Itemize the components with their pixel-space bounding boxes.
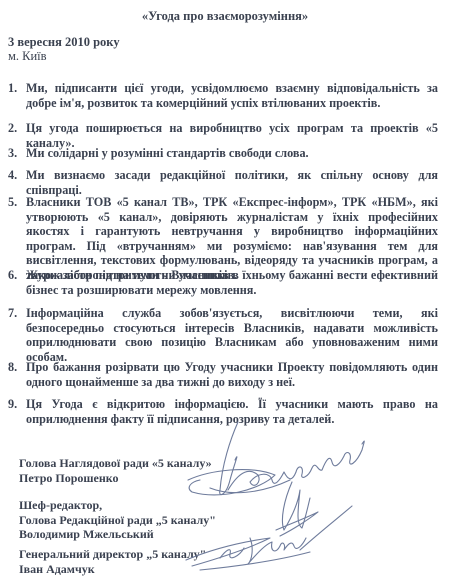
agreement-item-6: 6. Журналісти підтримують Власників в їх… xyxy=(8,268,438,297)
item-number: 4. xyxy=(8,168,26,183)
item-text: Ми солідарні у розумінні стандартів своб… xyxy=(26,146,438,161)
item-text: Ми визнаємо засади редакційної політики,… xyxy=(26,168,438,197)
agreement-item-8: 8. Про бажання розірвати цю Угоду учасни… xyxy=(8,360,438,389)
signatory-role: Голова Редакційної ради „5 каналу" xyxy=(19,513,216,528)
item-number: 2. xyxy=(8,121,26,136)
item-text: Ми, підписанти цієї угоди, усвідомлюємо … xyxy=(26,81,438,110)
document-city: м. Київ xyxy=(8,49,47,63)
signatory-name: Петро Порошенко xyxy=(19,471,212,486)
signatory-role: Шеф-редактор, xyxy=(19,498,216,513)
item-text: Ця Угода є відкритою інформацією. Її уча… xyxy=(26,397,438,426)
handwritten-signatures-icon xyxy=(180,420,450,577)
item-text: Журналісти підтримують Власників в їхньо… xyxy=(26,268,438,297)
item-number: 5. xyxy=(8,195,26,210)
signatory-chief-editor: Шеф-редактор, Голова Редакційної ради „5… xyxy=(19,498,216,542)
signatory-role: Генеральний директор „5 каналу" xyxy=(19,547,206,562)
item-text: Інформаційна служба зобов'язується, висв… xyxy=(26,306,438,364)
item-number: 9. xyxy=(8,397,26,412)
document-date: 3 вересня 2010 року xyxy=(8,35,120,49)
signatory-supervisory-board-head: Голова Наглядової ради «5 каналу» Петро … xyxy=(19,456,212,485)
agreement-item-7: 7. Інформаційна служба зобов'язується, в… xyxy=(8,306,438,364)
item-number: 3. xyxy=(8,146,26,161)
agreement-item-1: 1. Ми, підписанти цієї угоди, усвідомлює… xyxy=(8,81,438,110)
item-number: 1. xyxy=(8,81,26,96)
document-page: «Угода про взаєморозуміння» 3 вересня 20… xyxy=(0,0,450,577)
signatory-name: Іван Адамчук xyxy=(19,562,206,577)
item-text: Про бажання розірвати цю Угоду учасники … xyxy=(26,360,438,389)
signatory-general-director: Генеральний директор „5 каналу" Іван Ада… xyxy=(19,547,206,576)
signatory-role: Голова Наглядової ради «5 каналу» xyxy=(19,456,212,471)
agreement-item-3: 3. Ми солідарні у розумінні стандартів с… xyxy=(8,146,438,161)
agreement-item-4: 4. Ми визнаємо засади редакційної політи… xyxy=(8,168,438,197)
agreement-item-9: 9. Ця Угода є відкритою інформацією. Її … xyxy=(8,397,438,426)
item-number: 8. xyxy=(8,360,26,375)
document-title: «Угода про взаєморозуміння» xyxy=(0,9,450,24)
item-number: 6. xyxy=(8,268,26,283)
item-number: 7. xyxy=(8,306,26,321)
signatory-name: Володимир Мжельський xyxy=(19,527,216,542)
